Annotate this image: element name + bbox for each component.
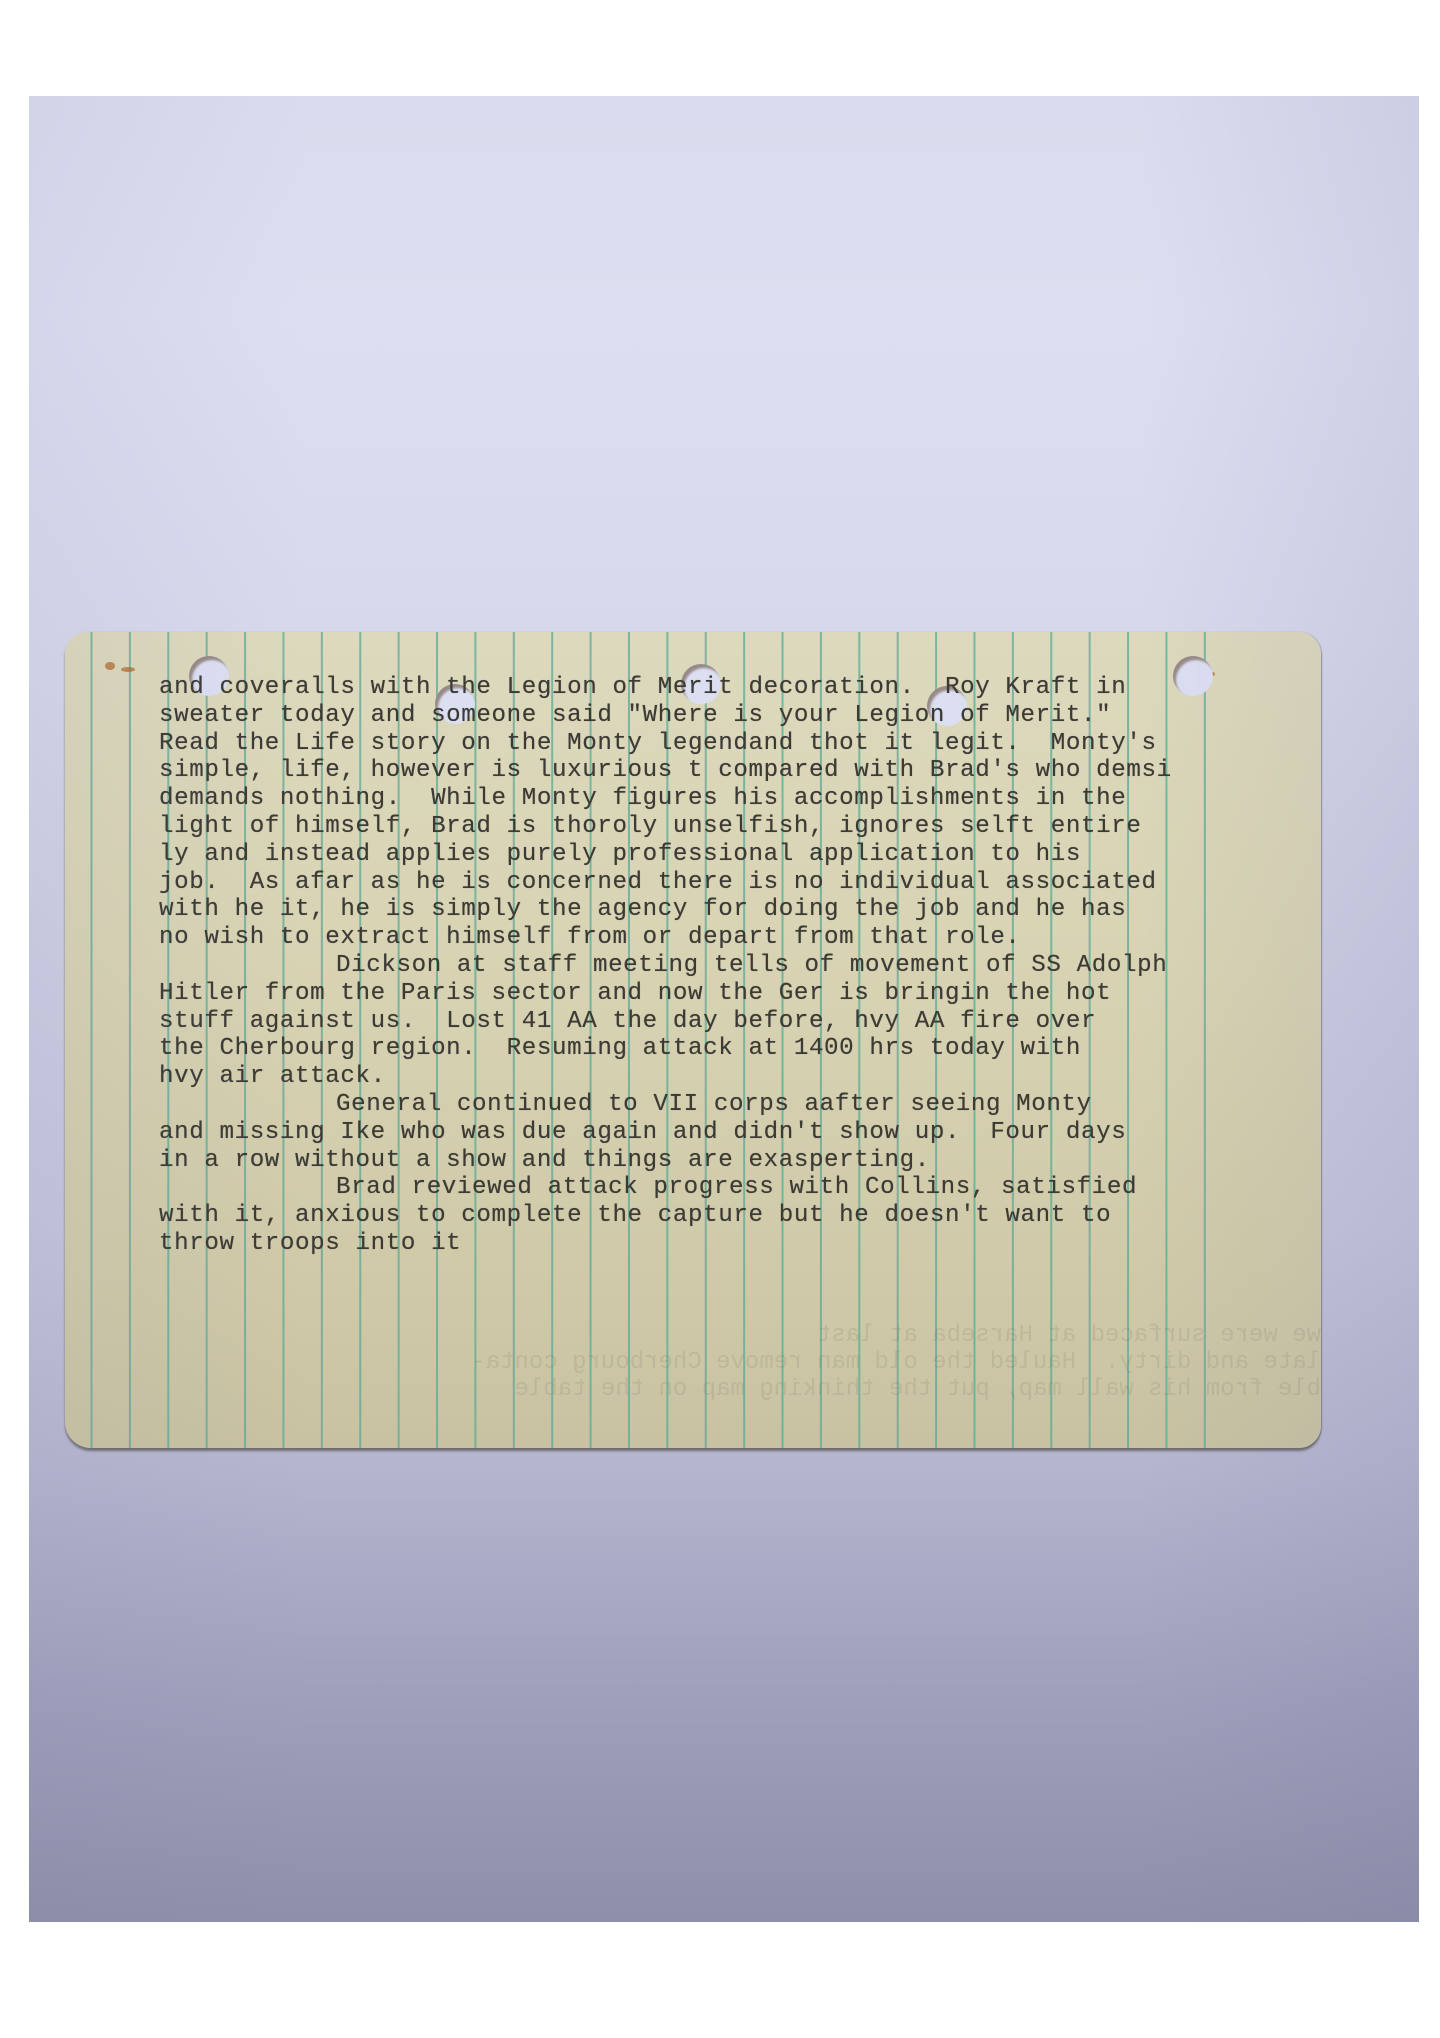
text-line: simple, life, however is luxurious t com… <box>159 757 1321 785</box>
text-line: job. As afar as he is concerned there is… <box>159 869 1321 897</box>
text-line: ly and instead applies purely profession… <box>159 841 1321 869</box>
text-line: with he it, he is simply the agency for … <box>159 896 1321 924</box>
text-line: and missing Ike who was due again and di… <box>159 1119 1321 1147</box>
rust-stain <box>105 662 115 670</box>
text-line: Read the Life story on the Monty legenda… <box>159 730 1321 758</box>
text-line: demands nothing. While Monty figures his… <box>159 785 1321 813</box>
text-line: the Cherbourg region. Resuming attack at… <box>159 1035 1321 1063</box>
text-line: Dickson at staff meeting tells of moveme… <box>159 952 1321 980</box>
text-line: hvy air attack. <box>159 1063 1321 1091</box>
rust-stain <box>121 667 135 672</box>
typewritten-text: and coveralls with the Legion of Merit d… <box>159 674 1321 1258</box>
text-line: Brad reviewed attack progress with Colli… <box>159 1174 1321 1202</box>
text-line: General continued to VII corps aafter se… <box>159 1091 1321 1119</box>
text-line: throw troops into it <box>159 1230 1321 1258</box>
index-card: we were surfaced at Harseba at last late… <box>65 632 1321 1448</box>
text-line: sweater today and someone said "Where is… <box>159 702 1321 730</box>
text-line: with it, anxious to complete the capture… <box>159 1202 1321 1230</box>
text-line: in a row without a show and things are e… <box>159 1147 1321 1175</box>
text-line: light of himself, Brad is thoroly unself… <box>159 813 1321 841</box>
text-line: Hitler from the Paris sector and now the… <box>159 980 1321 1008</box>
text-line: stuff against us. Lost 41 AA the day bef… <box>159 1008 1321 1036</box>
text-line: and coveralls with the Legion of Merit d… <box>159 674 1321 702</box>
text-line: no wish to extract himself from or depar… <box>159 924 1321 952</box>
document-photo: we were surfaced at Harseba at last late… <box>29 96 1419 1922</box>
